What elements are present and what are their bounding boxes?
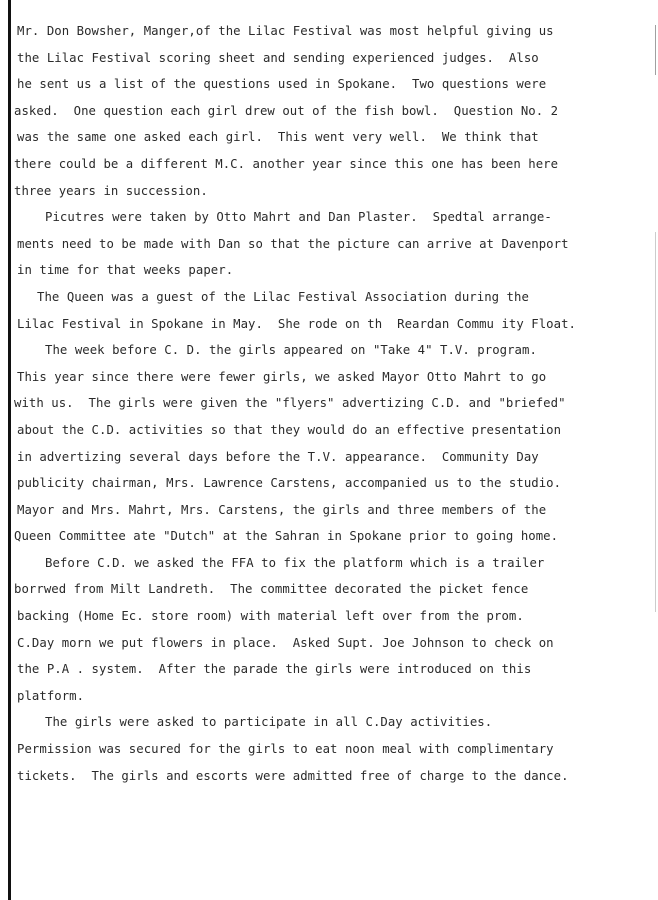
text-line: there could be a different M.C. another …	[14, 151, 654, 178]
text-line: the P.A . system. After the parade the g…	[14, 656, 654, 683]
text-line: about the C.D. activities so that they w…	[14, 417, 654, 444]
paragraph-platform: Before C.D. we asked the FFA to fix the …	[14, 550, 654, 710]
text-line: Mr. Don Bowsher, Manger,of the Lilac Fes…	[14, 18, 654, 45]
text-line: Before C.D. we asked the FFA to fix the …	[14, 550, 654, 577]
text-line: Mayor and Mrs. Mahrt, Mrs. Carstens, the…	[14, 497, 654, 524]
document-body: Mr. Don Bowsher, Manger,of the Lilac Fes…	[14, 18, 654, 789]
text-line: borrwed from Milt Landreth. The committe…	[14, 576, 654, 603]
text-line: asked. One question each girl drew out o…	[14, 98, 654, 125]
text-line: was the same one asked each girl. This w…	[14, 124, 654, 151]
text-line: The Queen was a guest of the Lilac Festi…	[14, 284, 654, 311]
text-line: he sent us a list of the questions used …	[14, 71, 654, 98]
text-line: Picutres were taken by Otto Mahrt and Da…	[14, 204, 654, 231]
text-line: Queen Committee ate "Dutch" at the Sahra…	[14, 523, 654, 550]
paragraph-tv-program: The week before C. D. the girls appeared…	[14, 337, 654, 550]
text-line: The girls were asked to participate in a…	[14, 709, 654, 736]
typewritten-page: Mr. Don Bowsher, Manger,of the Lilac Fes…	[0, 0, 658, 900]
text-line: C.Day morn we put flowers in place. Aske…	[14, 630, 654, 657]
page-edge-shadow	[8, 0, 11, 900]
text-line: in time for that weeks paper.	[14, 257, 654, 284]
text-line: ments need to be made with Dan so that t…	[14, 231, 654, 258]
text-line: three years in succession.	[14, 178, 654, 205]
text-line: with us. The girls were given the "flyer…	[14, 390, 654, 417]
text-line: in advertizing several days before the T…	[14, 444, 654, 471]
text-line: Lilac Festival in Spokane in May. She ro…	[14, 311, 654, 338]
scan-artifact	[655, 232, 656, 612]
paragraph-activities: The girls were asked to participate in a…	[14, 709, 654, 789]
text-line: tickets. The girls and escorts were admi…	[14, 763, 654, 790]
text-line: backing (Home Ec. store room) with mater…	[14, 603, 654, 630]
paragraph-bowsher: Mr. Don Bowsher, Manger,of the Lilac Fes…	[14, 18, 654, 204]
paragraph-pictures: Picutres were taken by Otto Mahrt and Da…	[14, 204, 654, 284]
text-line: platform.	[14, 683, 654, 710]
scan-artifact	[655, 25, 656, 75]
text-line: Permission was secured for the girls to …	[14, 736, 654, 763]
text-line: publicity chairman, Mrs. Lawrence Carste…	[14, 470, 654, 497]
text-line: the Lilac Festival scoring sheet and sen…	[14, 45, 654, 72]
text-line: This year since there were fewer girls, …	[14, 364, 654, 391]
text-line: The week before C. D. the girls appeared…	[14, 337, 654, 364]
paragraph-queen: The Queen was a guest of the Lilac Festi…	[14, 284, 654, 337]
